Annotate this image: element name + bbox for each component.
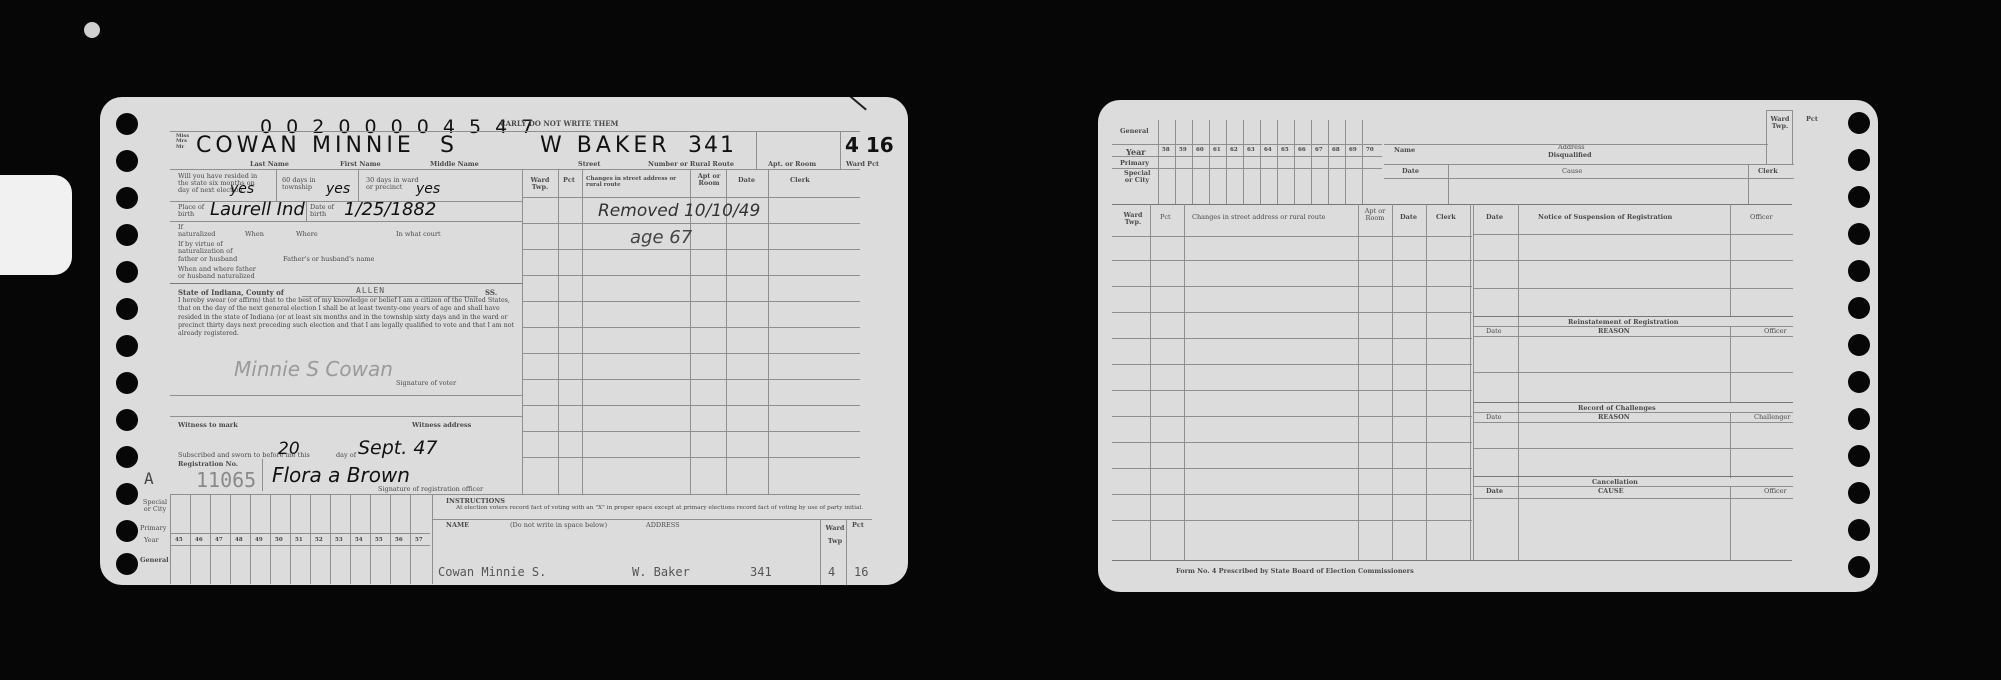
col-clerk: Clerk <box>790 177 810 184</box>
form-footer: Form No. 4 Prescribed by State Board of … <box>1176 568 1414 575</box>
col-ward-twp: Ward Twp. <box>1118 212 1148 226</box>
court-label: In what court <box>396 231 441 238</box>
punch-hole <box>1848 149 1870 171</box>
punch-hole <box>116 224 138 246</box>
typed-pct: 16 <box>854 565 868 579</box>
disq-title: Disqualified <box>1548 152 1592 159</box>
year-cell: 56 <box>395 537 403 543</box>
reinstatement-date-label: Date <box>1486 328 1502 335</box>
registration-card-back: General Year Primary Special or City Nam… <box>1098 100 1878 592</box>
reinstatement-title: Reinstatement of Registration <box>1568 319 1679 326</box>
township-answer: yes <box>326 181 350 197</box>
film-speck <box>84 22 100 38</box>
registration-number: 11065 <box>196 468 256 492</box>
middle-name-value: S <box>440 133 454 158</box>
col-date: Date <box>738 177 755 184</box>
punch-hole <box>1848 223 1870 245</box>
township-label: 60 days in township <box>282 177 332 191</box>
punch-hole <box>116 409 138 431</box>
name-label: NAME <box>446 522 469 529</box>
col-ward-twp: Ward Twp. <box>526 177 554 191</box>
middle-name-label: Middle Name <box>430 161 479 168</box>
place-of-birth-label: Place of birth <box>178 204 208 218</box>
year-cell: 65 <box>1281 147 1289 153</box>
year-cell: 46 <box>195 537 203 543</box>
year-cell: 55 <box>375 537 383 543</box>
instructions-text: At election voters record fact of voting… <box>456 505 868 512</box>
witness-mark-label: Witness to mark <box>178 422 238 429</box>
year-cell: 64 <box>1264 147 1272 153</box>
by-virtue-label: If by virtue of naturalization of <box>178 241 238 255</box>
year-cell: 62 <box>1230 147 1238 153</box>
apt-label: Apt. or Room <box>768 161 816 168</box>
year-cell: 58 <box>1162 147 1170 153</box>
col-apt: Apt or Room <box>694 173 724 187</box>
house-number-value: 341 <box>688 133 736 158</box>
year-cell: 67 <box>1315 147 1323 153</box>
instructions-title: INSTRUCTIONS <box>446 498 505 505</box>
sworn-day-value: 20 <box>278 439 300 459</box>
signature-officer-label: Signature of registration officer <box>378 486 483 493</box>
col-changes: Changes in street address or rural route <box>1192 214 1325 221</box>
number-label: Number or Rural Route <box>648 161 734 168</box>
year-cell: 63 <box>1247 147 1255 153</box>
punch-hole <box>116 298 138 320</box>
disq-pct-label: Pct <box>1806 116 1818 123</box>
witness-address-label: Witness address <box>412 422 471 429</box>
year-cell: 45 <box>175 537 183 543</box>
disq-address-label: Address <box>1558 144 1585 151</box>
year-cell: 54 <box>355 537 363 543</box>
challenges-challenger-label: Challenger <box>1754 414 1790 421</box>
punch-hole <box>1848 112 1870 134</box>
oath-ss-label: SS. <box>485 289 497 296</box>
suspension-title: Notice of Suspension of Registration <box>1538 214 1672 221</box>
grid-row-primary: Primary <box>1120 160 1149 167</box>
disq-name-label: Name <box>1394 147 1415 154</box>
registration-no-label: Registration No. <box>178 461 238 468</box>
col-clerk: Clerk <box>1436 214 1456 221</box>
name-note: (Do not write in space below) <box>510 522 607 529</box>
county-value: ALLEN <box>356 286 385 295</box>
disq-date-label: Date <box>1402 168 1419 175</box>
col-pct: Pct <box>563 177 575 184</box>
street-value: W BAKER <box>540 133 671 158</box>
punch-hole <box>116 520 138 542</box>
year-cell: 53 <box>335 537 343 543</box>
disq-clerk-label: Clerk <box>1758 168 1778 175</box>
punch-hole <box>1848 445 1870 467</box>
oath-text: I hereby swear (or affirm) that to the b… <box>178 297 518 338</box>
grid-row-year: Year <box>144 537 159 544</box>
street-label: Street <box>578 161 600 168</box>
punch-hole <box>116 372 138 394</box>
challenges-title: Record of Challenges <box>1578 405 1656 412</box>
ward-pct-label: Ward Pct <box>846 161 879 168</box>
precinct-label: 30 days in ward or precinct <box>366 177 422 191</box>
typed-ward: 4 <box>828 565 835 579</box>
adjacent-card-edge <box>0 175 72 275</box>
challenges-reason-label: REASON <box>1598 414 1630 421</box>
year-cell: 66 <box>1298 147 1306 153</box>
col-date: Date <box>1400 214 1417 221</box>
punch-hole <box>1848 556 1870 578</box>
punch-hole <box>1848 371 1870 393</box>
year-cell: 49 <box>255 537 263 543</box>
registration-card-front: 0 0 2 0 0 0 0 4 5 4 7 CARLY DO NOT WRITE… <box>100 97 908 585</box>
change-entry-removed: Removed 10/10/49 <box>598 201 760 221</box>
date-of-birth-label: Date of birth <box>310 204 340 218</box>
typed-street: W. Baker <box>632 565 690 579</box>
year-cell: 50 <box>275 537 283 543</box>
date-of-birth-answer: 1/25/1882 <box>344 199 436 220</box>
cancellation-officer-label: Officer <box>1764 488 1787 495</box>
typed-number: 341 <box>750 565 772 579</box>
year-cell: 68 <box>1332 147 1340 153</box>
disq-ward-label: Ward Twp. <box>1768 116 1792 130</box>
registration-prefix: A <box>144 469 154 488</box>
punch-hole <box>116 261 138 283</box>
cancellation-cause-label: CAUSE <box>1598 488 1624 495</box>
change-entry-age: age 67 <box>630 227 692 248</box>
year-cell: 52 <box>315 537 323 543</box>
disq-cause-label: Cause <box>1562 168 1582 175</box>
punch-hole <box>1848 186 1870 208</box>
address-label: ADDRESS <box>646 522 680 529</box>
grid-row-primary: Primary <box>140 525 166 532</box>
first-name-value: MINNIE <box>312 133 415 158</box>
place-of-birth-answer: Laurell Ind <box>210 199 305 220</box>
pct-label: Pct <box>852 522 864 529</box>
when-where-father-label: When and where father or husband natural… <box>178 266 260 280</box>
sworn-month-value: Sept. 47 <box>358 437 438 459</box>
col-apt: Apt or Room <box>1360 208 1390 222</box>
title-prefix: Miss Mrs Mr <box>176 134 190 150</box>
punch-hole <box>116 187 138 209</box>
father-name-label: Father's or husband's name <box>283 256 374 263</box>
grid-row-special: Special or City <box>1124 170 1150 184</box>
punch-hole <box>1848 519 1870 541</box>
punch-hole <box>116 446 138 468</box>
punch-hole <box>116 335 138 357</box>
grid-row-general: General <box>140 557 169 564</box>
last-name-value: COWAN <box>196 133 301 158</box>
naturalized-label: If naturalized <box>178 224 218 238</box>
reinstatement-reason-label: REASON <box>1598 328 1630 335</box>
punch-hole <box>1848 297 1870 319</box>
year-cell: 60 <box>1196 147 1204 153</box>
officer-signature: Flora a Brown <box>272 463 410 487</box>
cancellation-date-label: Date <box>1486 488 1503 495</box>
year-cell: 61 <box>1213 147 1221 153</box>
punch-hole <box>116 553 138 575</box>
suspension-date-label: Date <box>1486 214 1503 221</box>
signature-voter-label: Signature of voter <box>396 380 456 387</box>
reinstatement-officer-label: Officer <box>1764 328 1787 335</box>
year-cell: 70 <box>1366 147 1374 153</box>
ward-twp-label: Ward Twp <box>824 522 846 548</box>
day-of-label: day of <box>336 452 356 459</box>
punch-hole <box>1848 482 1870 504</box>
col-changes: Changes in street address or rural route <box>586 177 690 189</box>
resided-state-answer: yes <box>230 181 254 197</box>
punch-hole <box>1848 408 1870 430</box>
challenges-date-label: Date <box>1486 414 1502 421</box>
punch-hole <box>1848 260 1870 282</box>
typed-name: Cowan Minnie S. <box>438 565 546 579</box>
first-name-label: First Name <box>340 161 381 168</box>
punch-hole <box>116 483 138 505</box>
father-husband-label: father or husband <box>178 256 237 263</box>
grid-row-special: Special or City <box>140 499 170 513</box>
precinct-answer: yes <box>416 181 440 197</box>
year-cell: 59 <box>1179 147 1187 153</box>
year-cell: 69 <box>1349 147 1357 153</box>
year-cell: 51 <box>295 537 303 543</box>
punch-hole <box>116 150 138 172</box>
col-pct: Pct <box>1160 214 1171 221</box>
year-cell: 48 <box>235 537 243 543</box>
year-cell: 57 <box>415 537 423 543</box>
suspension-officer-label: Officer <box>1750 214 1773 221</box>
punch-hole <box>1848 334 1870 356</box>
grid-row-general: General <box>1120 128 1149 135</box>
year-cell: 47 <box>215 537 223 543</box>
check-mark <box>847 97 867 110</box>
punch-hole <box>116 113 138 135</box>
header-notice: CARLY DO NOT WRITE THEM <box>500 120 618 127</box>
voter-signature: Minnie S Cowan <box>234 357 393 381</box>
oath-state-label: State of Indiana, County of <box>178 289 284 296</box>
ward-pct-value: 4 16 <box>845 133 894 157</box>
last-name-label: Last Name <box>250 161 289 168</box>
when-label: When <box>245 231 264 238</box>
cancellation-title: Cancellation <box>1592 479 1638 486</box>
where-label: Where <box>296 231 318 238</box>
